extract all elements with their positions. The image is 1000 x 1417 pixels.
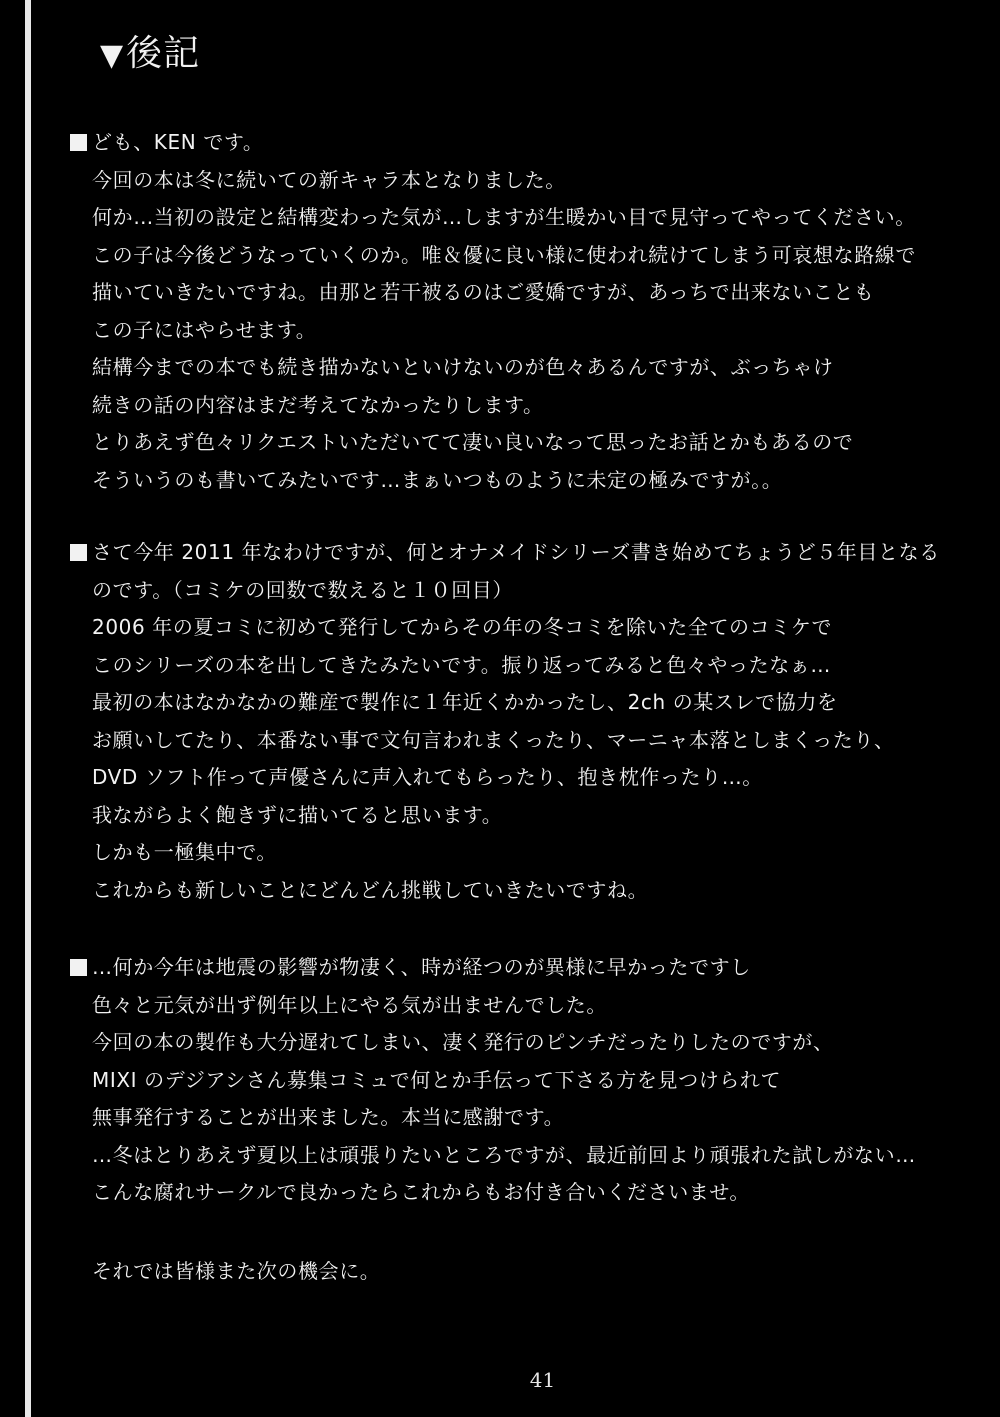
paragraph-line: 続きの話の内容はまだ考えてなかったりします。	[70, 387, 980, 425]
closing-line: それでは皆様また次の機会に。	[92, 1253, 380, 1291]
afterword-section-greeting: ども、KEN です。 今回の本は冬に続いての新キャラ本となりました。 何か…当初…	[70, 124, 980, 499]
paragraph-line: …冬はとりあえず夏以上は頑張りたいところですが、最近前回より頑張れた試しがない…	[70, 1137, 980, 1175]
paragraph-line: とりあえず色々リクエストいただいてて凄い良いなって思ったお話とかもあるので	[70, 424, 980, 462]
paragraph-line: 2006 年の夏コミに初めて発行してからその年の冬コミを除いた全てのコミケで	[70, 609, 980, 647]
paragraph-line: 色々と元気が出ず例年以上にやる気が出ませんでした。	[70, 987, 980, 1025]
afterword-section-series-history: さて今年 2011 年なわけですが、何とオナメイドシリーズ書き始めてちょうど５年…	[70, 534, 980, 909]
square-bullet-icon	[70, 959, 87, 976]
paragraph-line: これからも新しいことにどんどん挑戦していきたいですね。	[70, 872, 980, 910]
page-number: 41	[0, 1368, 1000, 1392]
paragraph-line: 最初の本はなかなかの難産で製作に１年近くかかったし、2ch の某スレで協力を	[70, 684, 980, 722]
paragraph-line: のです。（コミケの回数で数えると１０回目）	[70, 572, 980, 610]
paragraph-line: 何か…当初の設定と結構変わった気が…しますが生暖かい目で見守ってやってください。	[70, 199, 980, 237]
paragraph-line: この子にはやらせます。	[70, 312, 980, 350]
paragraph-line: さて今年 2011 年なわけですが、何とオナメイドシリーズ書き始めてちょうど５年…	[70, 534, 980, 572]
paragraph-line: 我ながらよく飽きずに描いてると思います。	[70, 797, 980, 835]
square-bullet-icon	[70, 544, 87, 561]
paragraph-line: しかも一極集中で。	[70, 834, 980, 872]
paragraph-line: 無事発行することが出来ました。本当に感謝です。	[70, 1099, 980, 1137]
paragraph-line: このシリーズの本を出してきたみたいです。振り返ってみると色々やったなぁ…	[70, 647, 980, 685]
paragraph-line: 今回の本は冬に続いての新キャラ本となりました。	[70, 162, 980, 200]
paragraph-line: この子は今後どうなっていくのか。唯＆優に良い様に使われ続けてしまう可哀想な路線で	[70, 237, 980, 275]
down-triangle-icon: ▼	[100, 38, 124, 73]
paragraph-line: …何か今年は地震の影響が物凄く、時が経つのが異様に早かったですし	[70, 949, 980, 987]
paragraph-line: 描いていきたいですね。由那と若干被るのはご愛嬌ですが、あっちで出来ないことも	[70, 274, 980, 312]
paragraph-line: こんな腐れサークルで良かったらこれからもお付き合いくださいませ。	[70, 1174, 980, 1212]
paragraph-line: ども、KEN です。	[70, 124, 980, 162]
page-title-text: 後記	[126, 33, 200, 74]
paragraph-line: DVD ソフト作って声優さんに声入れてもらったり、抱き枕作ったり…。	[70, 759, 980, 797]
page-title: ▼後記	[100, 30, 200, 80]
paragraph-line: そういうのも書いてみたいです…まぁいつものように未定の極みですが。。	[70, 462, 980, 500]
paragraph-line: MIXI のデジアシさん募集コミュで何とか手伝って下さる方を見つけられて	[70, 1062, 980, 1100]
paragraph-line: 今回の本の製作も大分遅れてしまい、凄く発行のピンチだったりしたのですが、	[70, 1024, 980, 1062]
left-border-rule	[25, 0, 31, 1417]
paragraph-line: お願いしてたり、本番ない事で文句言われまくったり、マーニャ本落としまくったり、	[70, 722, 980, 760]
square-bullet-icon	[70, 134, 87, 151]
afterword-section-this-year: …何か今年は地震の影響が物凄く、時が経つのが異様に早かったですし 色々と元気が出…	[70, 949, 980, 1212]
paragraph-line: 結構今までの本でも続き描かないといけないのが色々あるんですが、ぶっちゃけ	[70, 349, 980, 387]
